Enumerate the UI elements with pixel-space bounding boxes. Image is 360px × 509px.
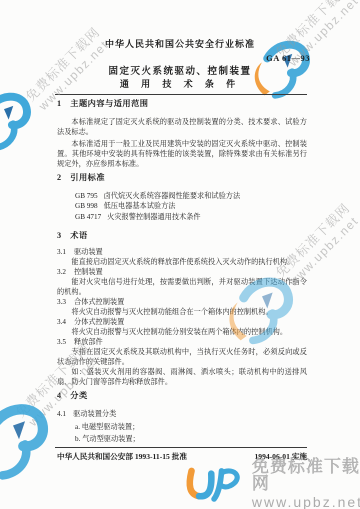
term-name: 控制装置 bbox=[74, 268, 103, 276]
term-title: 3.2控制装置 bbox=[57, 267, 307, 277]
standard-number: GA 61—93 bbox=[266, 53, 310, 63]
upbz-brand-block: 免费标准下载网 www.upbz.net bbox=[185, 458, 360, 509]
term-title: 3.3合体式控制装置 bbox=[57, 297, 307, 307]
section-4-heading: 4 分类 bbox=[57, 391, 307, 401]
reference-code: GB 795 bbox=[75, 192, 98, 200]
term-number: 3.1 bbox=[57, 248, 66, 256]
section-1-paragraph-2: 本标准适用于一般工业及民用建筑中安装的固定灭火系统中驱动、控制装置。其他环境中安… bbox=[57, 139, 307, 169]
header-divider bbox=[55, 94, 307, 95]
term-name: 分体式控制装置 bbox=[74, 318, 124, 326]
term-title: 3.4分体式控制装置 bbox=[57, 317, 307, 327]
reference-code: GB 4717 bbox=[75, 213, 101, 221]
section-1-paragraph-1: 本标准规定了固定灭火系统的驱动及控制装置的分类、技术要求、试验方法及标志。 bbox=[57, 117, 307, 137]
standard-type-title: 中华人民共和国公共安全行业标准 bbox=[0, 37, 360, 50]
section-3-heading: 3 术语 bbox=[57, 231, 307, 241]
section-2-heading: 2 引用标准 bbox=[57, 173, 307, 183]
term-number: 3.4 bbox=[57, 318, 66, 326]
watermark-site-name: 免费标准下载网 bbox=[271, 0, 354, 61]
term-number: 3.3 bbox=[57, 298, 66, 306]
standard-document-page: 中华人民共和国公共安全行业标准 GA 61—93 固定灭火系统驱动、控制装置 通… bbox=[0, 0, 360, 509]
document-title: 固定灭火系统驱动、控制装置 bbox=[0, 63, 360, 77]
term-definition: 将火灾自动报警与灭火控制功能组合在一个箱体内的控制机构。 bbox=[57, 307, 307, 317]
section-1-heading: 1 主题内容与适用范围 bbox=[57, 99, 307, 109]
brand-site-name: 免费标准下载网 bbox=[252, 458, 360, 492]
document-subtitle: 通 用 技 术 条 件 bbox=[0, 77, 360, 90]
term-definition: 专指在固定灭火系统及其联动机构中，当执行灭火任务时，必须反向或反状态动作的关键部… bbox=[57, 347, 307, 367]
reference-item: GB 998低压电器基本试验方法 bbox=[75, 201, 307, 211]
term-number: 3.5 bbox=[57, 338, 66, 346]
approval-authority-date: 中华人民共和国公安部 1993-11-15 批准 bbox=[57, 451, 187, 462]
brand-text: 免费标准下载网 www.upbz.net bbox=[252, 458, 360, 509]
reference-title: 火灾报警控制器通用技术条件 bbox=[107, 213, 200, 221]
reference-title: 低压电器基本试验方法 bbox=[104, 202, 176, 210]
term-definition: 能直接启动固定灭火系统的释放部件使系统投入灭火动作的执行机构。 bbox=[57, 257, 307, 267]
reference-title: 卤代烷灭火系统容器阀性能要求和试验方法 bbox=[104, 192, 241, 200]
term-name: 驱动装置 bbox=[74, 248, 103, 256]
up-letters-logo-icon bbox=[185, 461, 246, 507]
reference-code: GB 998 bbox=[75, 202, 98, 210]
brand-site-url: www.upbz.net bbox=[252, 495, 360, 509]
reference-item: GB 795卤代烷灭火系统容器阀性能要求和试验方法 bbox=[75, 191, 307, 201]
term-definition: 将火灾自动报警与灭火控制功能分别安装在两个箱体内的控制机构。 bbox=[57, 327, 307, 337]
term-title: 3.1驱动装置 bbox=[57, 247, 307, 257]
terms-list: 3.1驱动装置 能直接启动固定灭火系统的释放部件使系统投入灭火动作的执行机构。 … bbox=[57, 247, 307, 387]
classification-list: a. 电磁型驱动装置； b. 气动型驱动装置； bbox=[57, 421, 307, 445]
term-definition: 能对火灾电信号进行处理，按需要做出判断，并对驱动装置下达动作指令的机构。 bbox=[57, 277, 307, 297]
term-number: 3.2 bbox=[57, 268, 66, 276]
upbz-logo-icon bbox=[0, 398, 58, 484]
section-4-1-heading: 4.1 驱动装置分类 bbox=[57, 409, 307, 419]
term-name: 合体式控制装置 bbox=[74, 298, 124, 306]
classification-item: a. 电磁型驱动装置； bbox=[75, 421, 307, 433]
term-title: 3.5释放部件 bbox=[57, 337, 307, 347]
term-note: 如：盛装灭火剂用的容器阀、雨淋阀、洒水喷头；联动机构中的送排风扇、防火门窗等部件… bbox=[57, 367, 307, 387]
term-name: 释放部件 bbox=[74, 338, 103, 346]
reference-item: GB 4717火灾报警控制器通用技术条件 bbox=[75, 212, 307, 222]
upbz-logo-icon bbox=[0, 88, 38, 154]
footer-divider bbox=[55, 447, 307, 448]
reference-list: GB 795卤代烷灭火系统容器阀性能要求和试验方法 GB 998低压电器基本试验… bbox=[57, 191, 307, 222]
classification-item: b. 气动型驱动装置； bbox=[75, 433, 307, 445]
